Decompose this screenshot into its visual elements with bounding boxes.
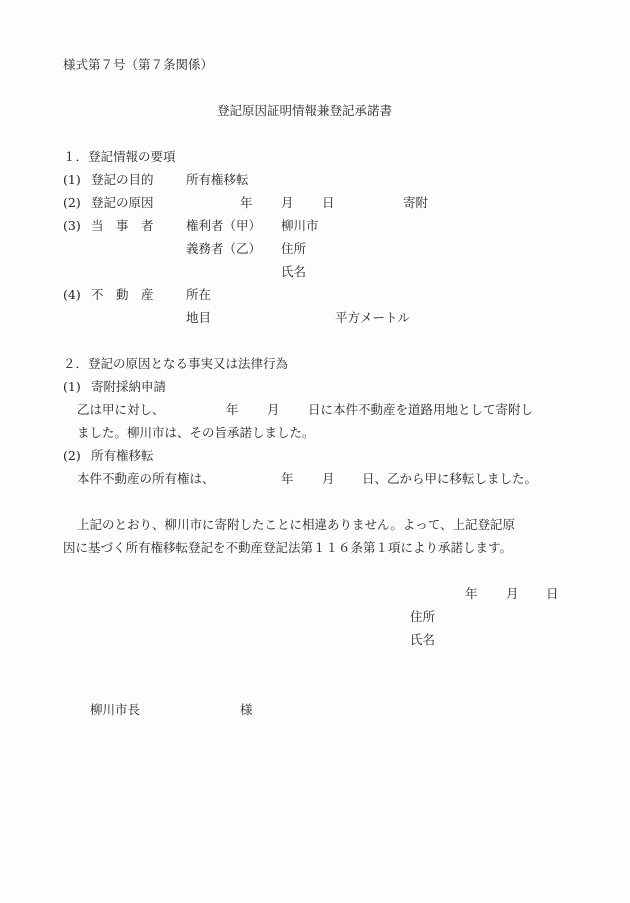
sub1-number: (1) — [63, 379, 81, 395]
rights-holder-label: 権利者（甲） — [186, 218, 261, 234]
statement-line2: 因に基づく所有権移転登記を不動産登記法第１１６条第１項により承諾します。 — [63, 540, 512, 556]
obligor-address-label: 住所 — [281, 241, 306, 257]
item3-number: (3) — [63, 218, 81, 234]
section1-heading: １．登記情報の要項 — [63, 149, 176, 165]
sub2-month: 月 — [322, 471, 335, 487]
section2-heading: ２．登記の原因となる事実又は法律行為 — [63, 356, 288, 372]
addressee-name: 柳川市長 — [90, 702, 140, 718]
form-number: 様式第７号（第７条関係） — [63, 57, 213, 73]
sub2-title: 所有権移転 — [91, 448, 154, 464]
signature-address-label: 住所 — [410, 609, 435, 625]
item2-year: 年 — [240, 195, 253, 211]
sub2-year: 年 — [281, 471, 294, 487]
item1-value: 所有権移転 — [186, 172, 249, 188]
statement-line1: 上記のとおり、柳川市に寄附したことに相違ありません。よって、上記登記原 — [77, 517, 515, 533]
signature-year: 年 — [465, 586, 478, 602]
item1-number: (1) — [63, 172, 81, 188]
sub1-text-line2: ました。柳川市は、その旨承諾しました。 — [77, 425, 315, 441]
item2-number: (2) — [63, 195, 81, 211]
item2-label: 登記の原因 — [91, 195, 154, 211]
signature-month: 月 — [506, 586, 519, 602]
item4-label: 不 動 産 — [91, 287, 154, 303]
signature-day: 日 — [546, 586, 559, 602]
area-unit: 平方メートル — [335, 310, 410, 326]
obligor-label: 義務者（乙） — [186, 241, 261, 257]
location-label: 所在 — [186, 287, 211, 303]
item4-number: (4) — [63, 287, 81, 303]
sub2-text-b: 日、乙から甲に移転しました。 — [362, 471, 537, 487]
item3-label: 当 事 者 — [91, 218, 154, 234]
addressee-honorific: 様 — [240, 702, 253, 718]
item2-day: 日 — [322, 195, 335, 211]
sub2-number: (2) — [63, 448, 81, 464]
land-category-label: 地目 — [186, 310, 211, 326]
rights-holder-value: 柳川市 — [281, 218, 319, 234]
sub2-text-a: 本件不動産の所有権は、 — [77, 471, 215, 487]
sub1-title: 寄附採納申請 — [91, 379, 166, 395]
item2-value: 寄附 — [403, 195, 428, 211]
obligor-name-label: 氏名 — [281, 264, 306, 280]
item2-month: 月 — [281, 195, 294, 211]
sub1-year: 年 — [226, 402, 239, 418]
signature-name-label: 氏名 — [410, 632, 435, 648]
document-title: 登記原因証明情報兼登記承諾書 — [217, 103, 392, 119]
item1-label: 登記の目的 — [91, 172, 154, 188]
sub1-month: 月 — [267, 402, 280, 418]
sub1-text-b: 日に本件不動産を道路用地として寄附し — [308, 402, 533, 418]
sub1-text-a: 乙は甲に対し、 — [77, 402, 165, 418]
